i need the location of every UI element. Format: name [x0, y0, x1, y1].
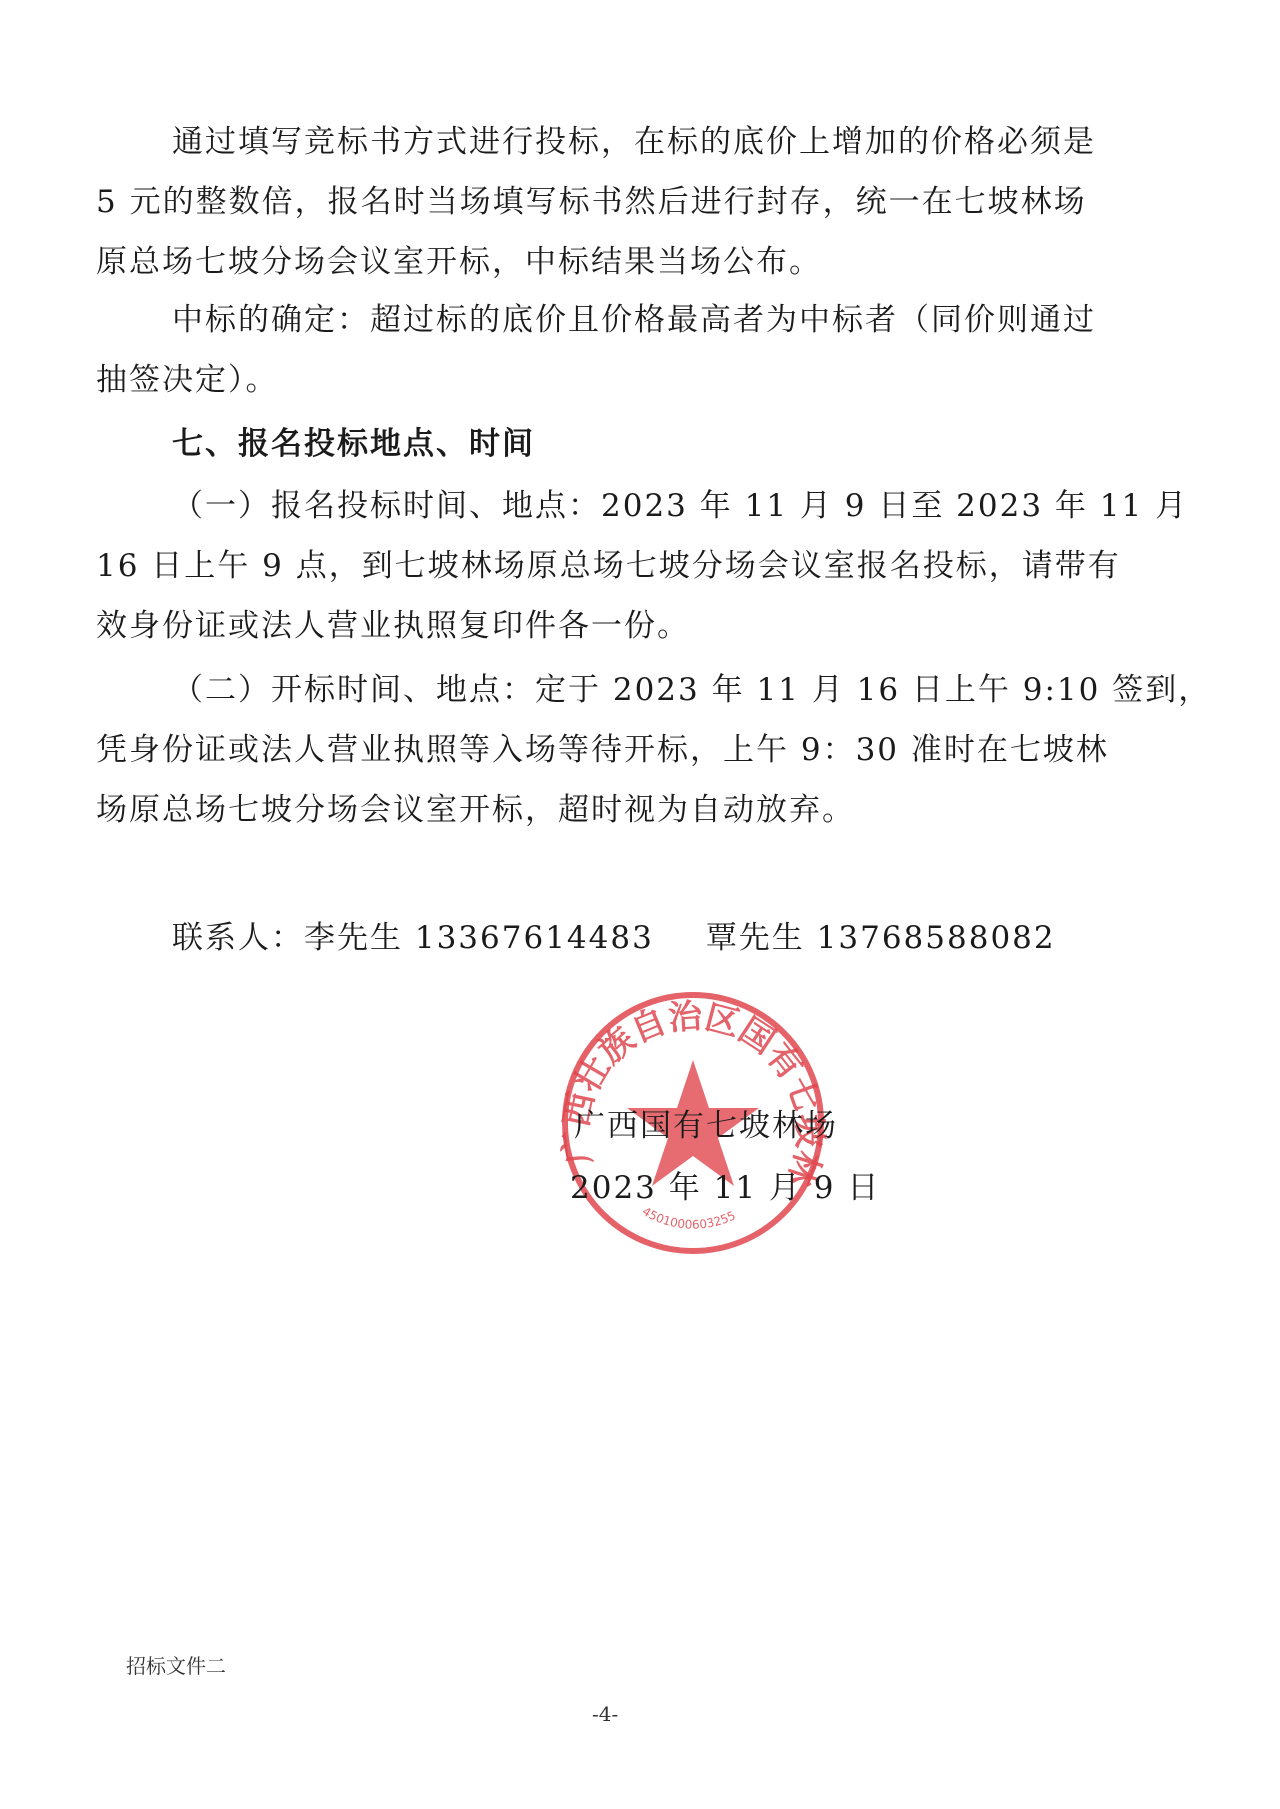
- paragraph-line: （二）开标时间、地点：定于 2023 年 11 月 16 日上午 9:10 签到…: [172, 670, 1211, 710]
- svg-text:4501000603255: 4501000603255: [640, 1204, 738, 1232]
- paragraph-line: 效身份证或法人营业执照复印件各一份。: [96, 606, 690, 646]
- paragraph-line: （一）报名投标时间、地点：2023 年 11 月 9 日至 2023 年 11 …: [172, 486, 1188, 526]
- paragraph-line: 抽签决定）。: [96, 360, 279, 400]
- paragraph-line: 场原总场七坡分场会议室开标，超时视为自动放弃。: [96, 790, 855, 830]
- contact-label: 联系人：: [172, 920, 304, 956]
- paragraph-line: 中标的确定：超过标的底价且价格最高者为中标者（同价则通过: [172, 300, 1096, 340]
- paragraph-line: 5 元的整数倍，报名时当场填写标书然后进行封存，统一在七坡林场: [96, 182, 1087, 222]
- paragraph-line: 凭身份证或法人营业执照等入场等待开标，上午 9：30 准时在七坡林: [96, 730, 1109, 770]
- paragraph-line: 原总场七坡分场会议室开标，中标结果当场公布。: [96, 242, 822, 282]
- footer-label: 招标文件二: [126, 1650, 226, 1679]
- paragraph-line: 16 日上午 9 点，到七坡林场原总场七坡分场会议室报名投标，请带有: [96, 546, 1121, 586]
- page-number: -4-: [592, 1702, 618, 1726]
- signature-date: 2023 年 11 月 9 日: [570, 1168, 880, 1208]
- contact-person-1: 李先生 13367614483: [304, 920, 654, 956]
- paragraph-line: 通过填写竞标书方式进行投标，在标的底价上增加的价格必须是: [172, 122, 1096, 162]
- section-heading: 七、报名投标地点、时间: [172, 424, 535, 464]
- contact-line: 联系人：李先生 13367614483覃先生 13768588082: [172, 918, 1056, 958]
- contact-person-2: 覃先生 13768588082: [706, 920, 1056, 956]
- signature-org: 广西国有七坡林场: [574, 1106, 838, 1146]
